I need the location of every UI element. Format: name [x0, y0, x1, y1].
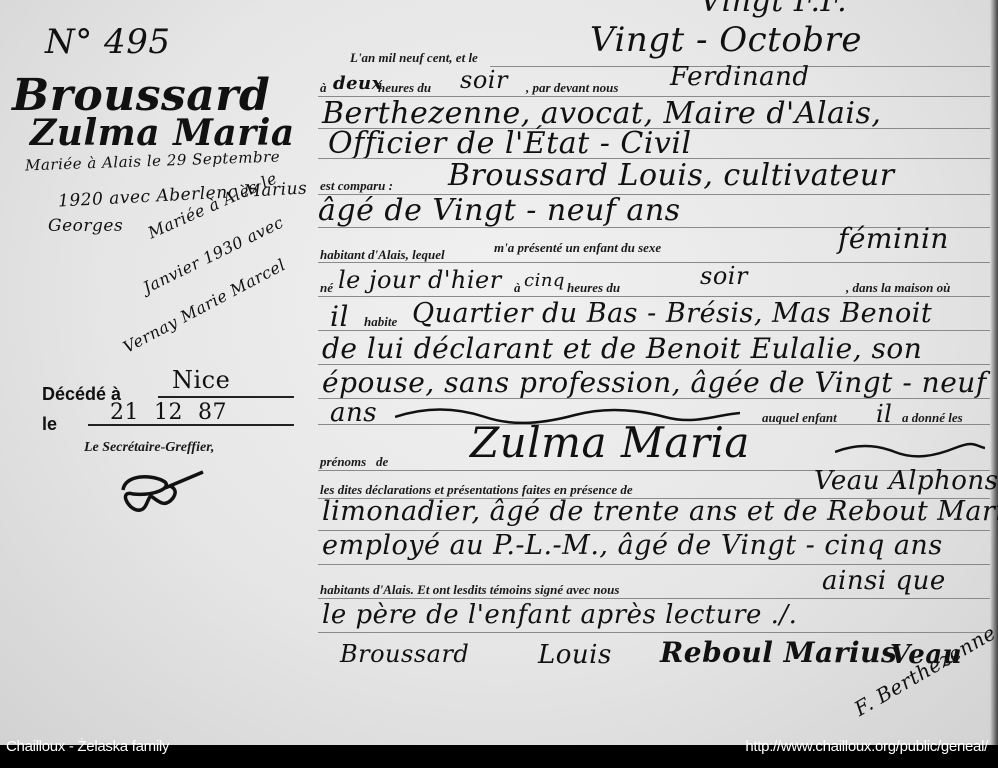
hand-birth-time-of-day: soir: [700, 262, 748, 290]
civil-record-scan: N° 495 Broussard Zulma Maria Mariée à Al…: [0, 0, 998, 745]
printed-at: à: [514, 280, 521, 296]
printed-presented-child: m'a présenté un enfant du sexe: [494, 240, 661, 256]
hand-birth-day: le jour d'hier: [338, 266, 502, 294]
hand-closing-line: le père de l'enfant après lecture ./.: [322, 600, 797, 630]
printed-residence: habitant d'Alais, lequel: [320, 247, 445, 263]
printed-given-names: prénoms de: [320, 454, 388, 470]
form-rule: [318, 262, 990, 263]
footer-website-url: http://www.chailloux.org/public/geneal/: [745, 738, 988, 755]
printed-hours-of: heures du: [378, 80, 431, 96]
form-rule: [318, 598, 990, 599]
death-place: Nice: [172, 366, 230, 394]
signature-father-surname: Broussard: [340, 640, 469, 668]
printed-lives: habite: [364, 314, 397, 330]
form-rule: [318, 330, 990, 331]
hand-mayor-first-name: Ferdinand: [670, 62, 810, 92]
hand-mother-details: épouse, sans profession, âgée de Vingt -…: [322, 366, 987, 399]
signature-father-name: Louis: [538, 640, 612, 670]
printed-born: né: [320, 280, 333, 296]
hand-hour: deux: [333, 73, 383, 94]
hand-witnesses-line: limonadier, âgé de trente ans et de Rebo…: [322, 496, 998, 527]
marriage-note-2-line-3: Vernay Marie Marcel: [120, 255, 289, 357]
form-rule: [318, 398, 990, 399]
filler-flourish-icon: [835, 442, 985, 458]
form-rule: [318, 364, 990, 365]
printed-appeared: est comparu :: [320, 178, 393, 194]
hand-he: il: [330, 300, 349, 333]
hand-as-well-as: ainsi que: [822, 566, 946, 596]
top-scrawl: Vingt F.F.: [700, 0, 847, 19]
printed-inhabitants-signed: habitants d'Alais. Et ont lesdits témoin…: [320, 582, 619, 598]
death-date-label: le: [42, 414, 57, 435]
hand-mother-line: de lui déclarant et de Benoit Eulalie, s…: [322, 332, 922, 365]
hand-declarant-age: âgé de Vingt - neuf ans: [318, 193, 681, 228]
form-rule: [318, 632, 990, 633]
hand-given-names: Zulma Maria: [470, 418, 750, 467]
form-rule: [318, 296, 990, 297]
death-place-rule: [158, 396, 294, 398]
hand-witness-2-details: employé au P.-L.-M., âgé de Vingt - cinq…: [322, 530, 943, 561]
clerk-label: Le Secrétaire-Greffier,: [84, 440, 214, 456]
clerk-signature-icon: [115, 468, 210, 520]
hand-witness-1: Veau Alphonse: [814, 466, 998, 496]
printed-before-us: , par devant nous: [526, 80, 618, 96]
marriage-note-1-line-3: Georges: [48, 216, 123, 236]
hand-sex: féminin: [838, 222, 949, 255]
death-date: 21 12 87: [110, 400, 227, 425]
printed-a: à: [320, 80, 327, 96]
hand-birth-hour: cinq: [524, 270, 565, 291]
hand-time-of-day: soir: [460, 66, 508, 94]
printed-in-house: , dans la maison où: [846, 280, 950, 296]
footer-family-credit: Chailloux - Żelaska family: [6, 738, 169, 755]
signature-witness-reboul: Reboul Marius: [660, 636, 897, 669]
hand-address: Quartier du Bas - Brésis, Mas Benoit: [412, 298, 932, 329]
printed-date-intro: L'an mil neuf cent, et le: [350, 50, 478, 66]
record-number: N° 495: [45, 22, 170, 62]
hand-date: Vingt - Octobre: [590, 20, 862, 60]
printed-hours-of-2: heures du: [567, 280, 620, 296]
form-rule: [318, 564, 990, 565]
hand-officer-line: Officier de l'État - Civil: [328, 126, 692, 161]
hand-declarant: Broussard Louis, cultivateur: [448, 158, 895, 193]
